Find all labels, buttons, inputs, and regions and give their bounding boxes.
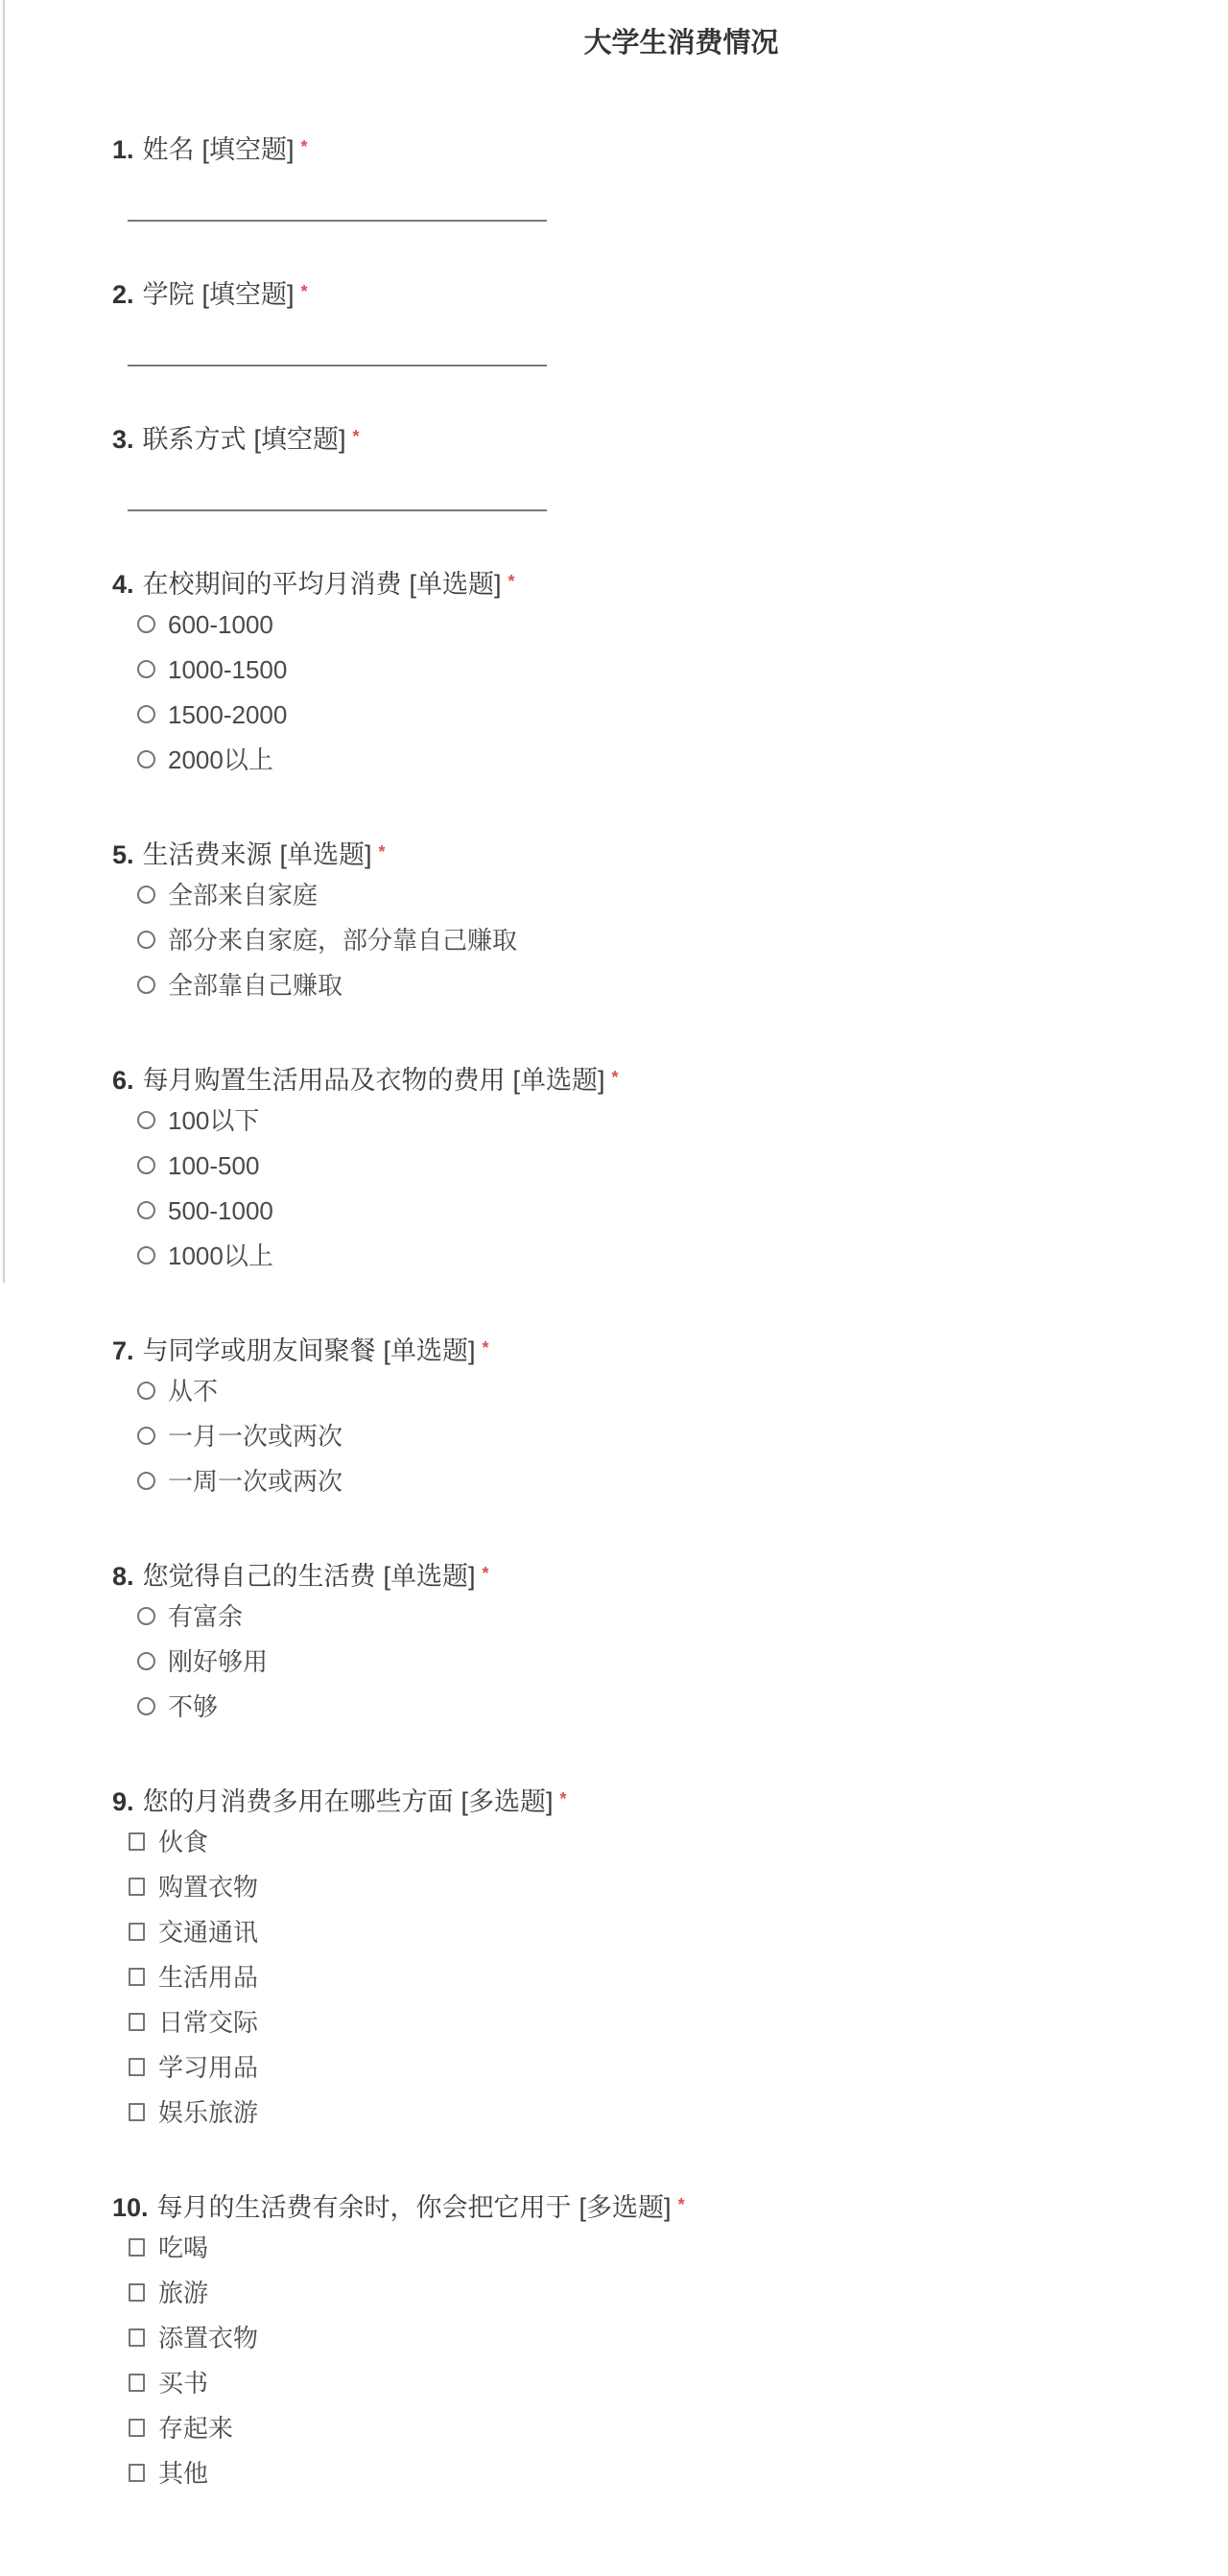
checkbox-icon[interactable] [129,2238,145,2257]
option-list: 有富余 刚好够用 不够 [112,1594,1228,1729]
option-label: 添置衣物 [158,2323,258,2353]
fill-in-blank-line[interactable] [128,509,547,511]
radio-icon[interactable] [137,750,155,768]
fill-in-blank-line[interactable] [128,220,547,222]
radio-option-row[interactable]: 1000-1500 [137,647,1228,692]
question-text: 在校期间的平均月消费 [143,570,402,599]
checkbox-icon[interactable] [129,2328,145,2347]
radio-icon[interactable] [137,615,155,633]
question-block: 8.您觉得自己的生活费[单选题]* 有富余 刚好够用 不够 [112,1557,1228,1729]
radio-icon[interactable] [137,660,155,678]
question-block: 6.每月购置生活用品及衣物的费用[单选题]* 100以下 100-500 500… [112,1061,1228,1278]
checkbox-option-row[interactable]: 学习用品 [129,2044,1228,2090]
required-asterisk: * [483,1338,489,1358]
question-text: 生活费来源 [143,840,272,869]
radio-option-row[interactable]: 不够 [137,1684,1228,1729]
radio-option-row[interactable]: 1000以上 [137,1233,1228,1278]
checkbox-icon[interactable] [129,1832,145,1851]
question-type-tag: [单选题] [280,840,372,869]
page-edge-line [3,0,5,1283]
question-text: 姓名 [143,135,195,164]
question-label: 4.在校期间的平均月消费[单选题]* [112,565,1228,601]
option-list: 全部来自家庭 部分来自家庭，部分靠自己赚取 全部靠自己赚取 [112,872,1228,1007]
radio-option-row[interactable]: 100-500 [137,1143,1228,1188]
option-label: 吃喝 [158,2233,208,2263]
radio-option-row[interactable]: 100以下 [137,1098,1228,1143]
option-label: 旅游 [158,2278,208,2308]
question-block: 7.与同学或朋友间聚餐[单选题]* 从不 一月一次或两次 一周一次或两次 [112,1332,1228,1503]
question-text: 每月的生活费有余时，你会把它用于 [157,2193,572,2222]
radio-option-row[interactable]: 刚好够用 [137,1639,1228,1684]
option-list: 600-1000 1000-1500 1500-2000 2000以上 [112,602,1228,782]
checkbox-option-row[interactable]: 娱乐旅游 [129,2090,1228,2135]
checkbox-option-row[interactable]: 日常交际 [129,1999,1228,2044]
option-label: 购置衣物 [158,1872,258,1902]
radio-icon[interactable] [137,886,155,904]
checkbox-option-row[interactable]: 存起来 [129,2405,1228,2450]
option-label: 从不 [168,1376,218,1406]
option-label: 100-500 [168,1150,259,1181]
option-label: 存起来 [158,2413,233,2444]
question-number: 9. [112,1787,134,1816]
question-number: 6. [112,1066,134,1095]
question-block: 5.生活费来源[单选题]* 全部来自家庭 部分来自家庭，部分靠自己赚取 全部靠自… [112,836,1228,1007]
radio-icon[interactable] [137,1201,155,1219]
radio-icon[interactable] [137,1427,155,1445]
required-asterisk: * [560,1789,567,1808]
radio-option-row[interactable]: 全部靠自己赚取 [137,962,1228,1007]
radio-icon[interactable] [137,976,155,994]
question-text: 您觉得自己的生活费 [143,1562,376,1591]
radio-icon[interactable] [137,1652,155,1670]
question-block: 4.在校期间的平均月消费[单选题]* 600-1000 1000-1500 15… [112,565,1228,782]
question-label: 2.学院[填空题]* [112,275,1228,311]
question-label: 7.与同学或朋友间聚餐[单选题]* [112,1332,1228,1367]
option-label: 不够 [168,1691,218,1722]
question-number: 1. [112,135,134,164]
checkbox-icon[interactable] [129,2013,145,2031]
option-list: 100以下 100-500 500-1000 1000以上 [112,1098,1228,1278]
required-asterisk: * [379,842,386,862]
option-list: 吃喝 旅游 添置衣物 买书 存起来 其他 [112,2225,1228,2495]
radio-icon[interactable] [137,931,155,949]
radio-option-row[interactable]: 2000以上 [137,737,1228,782]
question-block: 10.每月的生活费有余时，你会把它用于[多选题]* 吃喝 旅游 添置衣物 买书 … [112,2188,1228,2495]
option-label: 学习用品 [158,2052,258,2083]
question-number: 3. [112,425,134,454]
option-label: 全部靠自己赚取 [168,970,342,1001]
checkbox-option-row[interactable]: 旅游 [129,2270,1228,2315]
required-asterisk: * [612,1068,619,1087]
checkbox-option-row[interactable]: 生活用品 [129,1954,1228,1999]
option-label: 1500-2000 [168,699,287,730]
option-label: 日常交际 [158,2007,258,2038]
option-label: 娱乐旅游 [158,2097,258,2128]
option-label: 刚好够用 [168,1646,268,1677]
question-type-tag: [多选题] [579,2193,672,2222]
radio-icon[interactable] [137,1246,155,1264]
question-number: 8. [112,1562,134,1591]
option-label: 其他 [158,2458,208,2489]
question-text: 学院 [143,280,195,309]
radio-option-row[interactable]: 全部来自家庭 [137,872,1228,917]
radio-icon[interactable] [137,1156,155,1174]
checkbox-icon[interactable] [129,1968,145,1986]
checkbox-icon[interactable] [129,2419,145,2437]
checkbox-icon[interactable] [129,2058,145,2076]
option-label: 伙食 [158,1827,208,1857]
question-label: 9.您的月消费多用在哪些方面[多选题]* [112,1783,1228,1818]
fill-in-blank-line[interactable] [128,365,547,366]
checkbox-option-row[interactable]: 伙食 [129,1819,1228,1864]
option-label: 买书 [158,2368,208,2399]
option-label: 一周一次或两次 [168,1466,342,1497]
question-label: 3.联系方式[填空题]* [112,420,1228,456]
question-text: 与同学或朋友间聚餐 [143,1336,376,1365]
question-type-tag: [填空题] [202,135,295,164]
radio-icon[interactable] [137,1697,155,1715]
required-asterisk: * [301,137,308,156]
question-label: 5.生活费来源[单选题]* [112,836,1228,871]
radio-option-row[interactable]: 600-1000 [137,602,1228,647]
question-block: 9.您的月消费多用在哪些方面[多选题]* 伙食 购置衣物 交通通讯 生活用品 日… [112,1783,1228,2135]
option-label: 1000-1500 [168,654,287,685]
option-label: 一月一次或两次 [168,1421,342,1452]
required-asterisk: * [678,2195,685,2214]
question-label: 6.每月购置生活用品及衣物的费用[单选题]* [112,1061,1228,1097]
checkbox-option-row[interactable]: 吃喝 [129,2225,1228,2270]
question-number: 10. [112,2193,149,2222]
question-type-tag: [单选题] [384,1562,476,1591]
option-label: 交通通讯 [158,1917,258,1948]
option-list: 从不 一月一次或两次 一周一次或两次 [112,1368,1228,1503]
question-block: 1.姓名[填空题]* [112,130,1228,222]
checkbox-option-row[interactable]: 添置衣物 [129,2315,1228,2360]
question-type-tag: [填空题] [202,280,295,309]
question-type-tag: [多选题] [461,1787,554,1816]
radio-icon[interactable] [137,1607,155,1625]
checkbox-icon[interactable] [129,1923,145,1941]
radio-option-row[interactable]: 从不 [137,1368,1228,1413]
question-list: 1.姓名[填空题]* 2.学院[填空题]* 3.联系方式[填空题]* 4.在校期… [112,59,1228,2495]
radio-option-row[interactable]: 一月一次或两次 [137,1413,1228,1458]
question-type-tag: [单选题] [513,1066,605,1095]
question-number: 7. [112,1336,134,1365]
question-number: 4. [112,570,134,599]
question-type-tag: [填空题] [254,425,346,454]
required-asterisk: * [508,572,515,591]
radio-option-row[interactable]: 500-1000 [137,1188,1228,1233]
question-text: 每月购置生活用品及衣物的费用 [143,1066,506,1095]
checkbox-icon[interactable] [129,2103,145,2121]
radio-icon[interactable] [137,1382,155,1400]
checkbox-icon[interactable] [129,2283,145,2302]
option-label: 生活用品 [158,1962,258,1993]
option-label: 有富余 [168,1601,243,1632]
option-label: 部分来自家庭，部分靠自己赚取 [168,925,517,956]
question-label: 10.每月的生活费有余时，你会把它用于[多选题]* [112,2188,1228,2224]
question-type-tag: [单选题] [384,1336,476,1365]
checkbox-option-row[interactable]: 购置衣物 [129,1864,1228,1909]
question-label: 1.姓名[填空题]* [112,130,1228,166]
checkbox-option-row[interactable]: 买书 [129,2360,1228,2405]
question-text: 您的月消费多用在哪些方面 [143,1787,454,1816]
checkbox-option-row[interactable]: 交通通讯 [129,1909,1228,1954]
required-asterisk: * [483,1564,489,1583]
form-title: 大学生消费情况 [134,0,1228,59]
question-label: 8.您觉得自己的生活费[单选题]* [112,1557,1228,1593]
checkbox-icon[interactable] [129,2374,145,2392]
required-asterisk: * [353,427,360,446]
checkbox-icon[interactable] [129,2464,145,2482]
option-list: 伙食 购置衣物 交通通讯 生活用品 日常交际 学习用品 娱乐旅游 [112,1819,1228,2135]
radio-option-row[interactable]: 部分来自家庭，部分靠自己赚取 [137,917,1228,962]
question-block: 3.联系方式[填空题]* [112,420,1228,511]
checkbox-icon[interactable] [129,1878,145,1896]
required-asterisk: * [301,282,308,301]
radio-option-row[interactable]: 有富余 [137,1594,1228,1639]
question-block: 2.学院[填空题]* [112,275,1228,366]
checkbox-option-row[interactable]: 其他 [129,2450,1228,2495]
option-label: 100以下 [168,1105,259,1136]
option-label: 全部来自家庭 [168,880,318,910]
radio-icon[interactable] [137,1111,155,1129]
question-text: 联系方式 [143,425,247,454]
question-number: 2. [112,280,134,309]
question-number: 5. [112,840,134,869]
option-label: 2000以上 [168,744,273,775]
question-type-tag: [单选题] [410,570,502,599]
option-label: 500-1000 [168,1195,273,1226]
option-label: 1000以上 [168,1241,273,1271]
radio-option-row[interactable]: 一周一次或两次 [137,1458,1228,1503]
survey-page: 大学生消费情况 1.姓名[填空题]* 2.学院[填空题]* 3.联系方式[填空题… [0,0,1228,2576]
radio-icon[interactable] [137,705,155,723]
radio-icon[interactable] [137,1472,155,1490]
radio-option-row[interactable]: 1500-2000 [137,692,1228,737]
option-label: 600-1000 [168,609,273,640]
